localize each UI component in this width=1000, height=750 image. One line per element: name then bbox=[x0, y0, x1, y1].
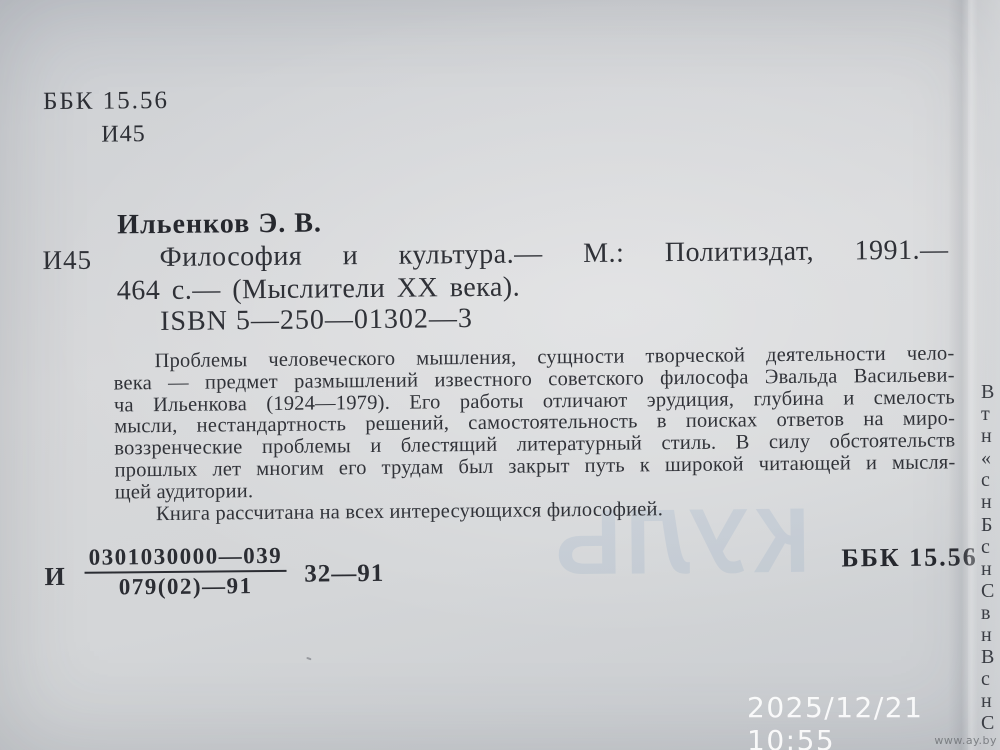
edge-letter: В bbox=[981, 646, 1000, 668]
print-code-prefix: И bbox=[44, 562, 65, 592]
catalog-entry-line: И45 Философия и культура.— М.: Политизда… bbox=[41, 234, 948, 277]
isbn-line: ISBN 5—250—01302—3 bbox=[160, 303, 473, 338]
catalog-index: И45 bbox=[42, 245, 92, 276]
edge-letter: н bbox=[981, 558, 1000, 580]
edge-letter: с bbox=[981, 536, 1000, 558]
print-code-denominator: 079(02)—91 bbox=[119, 572, 253, 600]
book-title-line: Философия и культура.— М.: Политиздат, 1… bbox=[159, 234, 948, 274]
edge-letter: « bbox=[981, 447, 1000, 469]
paper-speck bbox=[306, 657, 311, 661]
edge-letter: в bbox=[981, 602, 1000, 624]
author-index-code-top: И45 bbox=[101, 121, 146, 148]
edge-letter: с bbox=[981, 469, 1000, 491]
site-watermark: www.ay.by bbox=[934, 734, 997, 747]
print-order-code: И 0301030000—039 079(02)—91 32—91 bbox=[44, 542, 384, 601]
edge-letter: С bbox=[981, 580, 1000, 602]
annotation-paragraph: Проблемы человеческого мышления, сущност… bbox=[113, 343, 956, 525]
print-code-suffix: 32—91 bbox=[304, 560, 384, 589]
print-code-fraction: 0301030000—039 079(02)—91 bbox=[85, 543, 287, 601]
author-name: Ильенков Э. В. bbox=[117, 207, 322, 241]
edge-letter: Б bbox=[981, 514, 1000, 536]
edge-letter: н bbox=[981, 425, 1000, 447]
edge-letter: н bbox=[981, 491, 1000, 513]
edge-letter: с bbox=[981, 668, 1000, 690]
edge-letter: т bbox=[981, 403, 1000, 425]
page-content: ББК 15.56 И45 Ильенков Э. В. И45 Философ… bbox=[0, 0, 1000, 750]
edge-letter: н bbox=[981, 624, 1000, 646]
print-code-numerator: 0301030000—039 bbox=[85, 543, 287, 574]
book-imprint-page-photo: ББК 15.56 И45 Ильенков Э. В. И45 Философ… bbox=[0, 0, 1000, 750]
facing-page-text-sliver: В т н « с н Б с н С в н В с н С bbox=[981, 381, 1000, 735]
edge-letter: В bbox=[981, 381, 1000, 403]
book-series-line: 464 с.— (Мыслители XX века). bbox=[117, 272, 521, 308]
bbk-code-top: ББК 15.56 bbox=[43, 87, 169, 116]
